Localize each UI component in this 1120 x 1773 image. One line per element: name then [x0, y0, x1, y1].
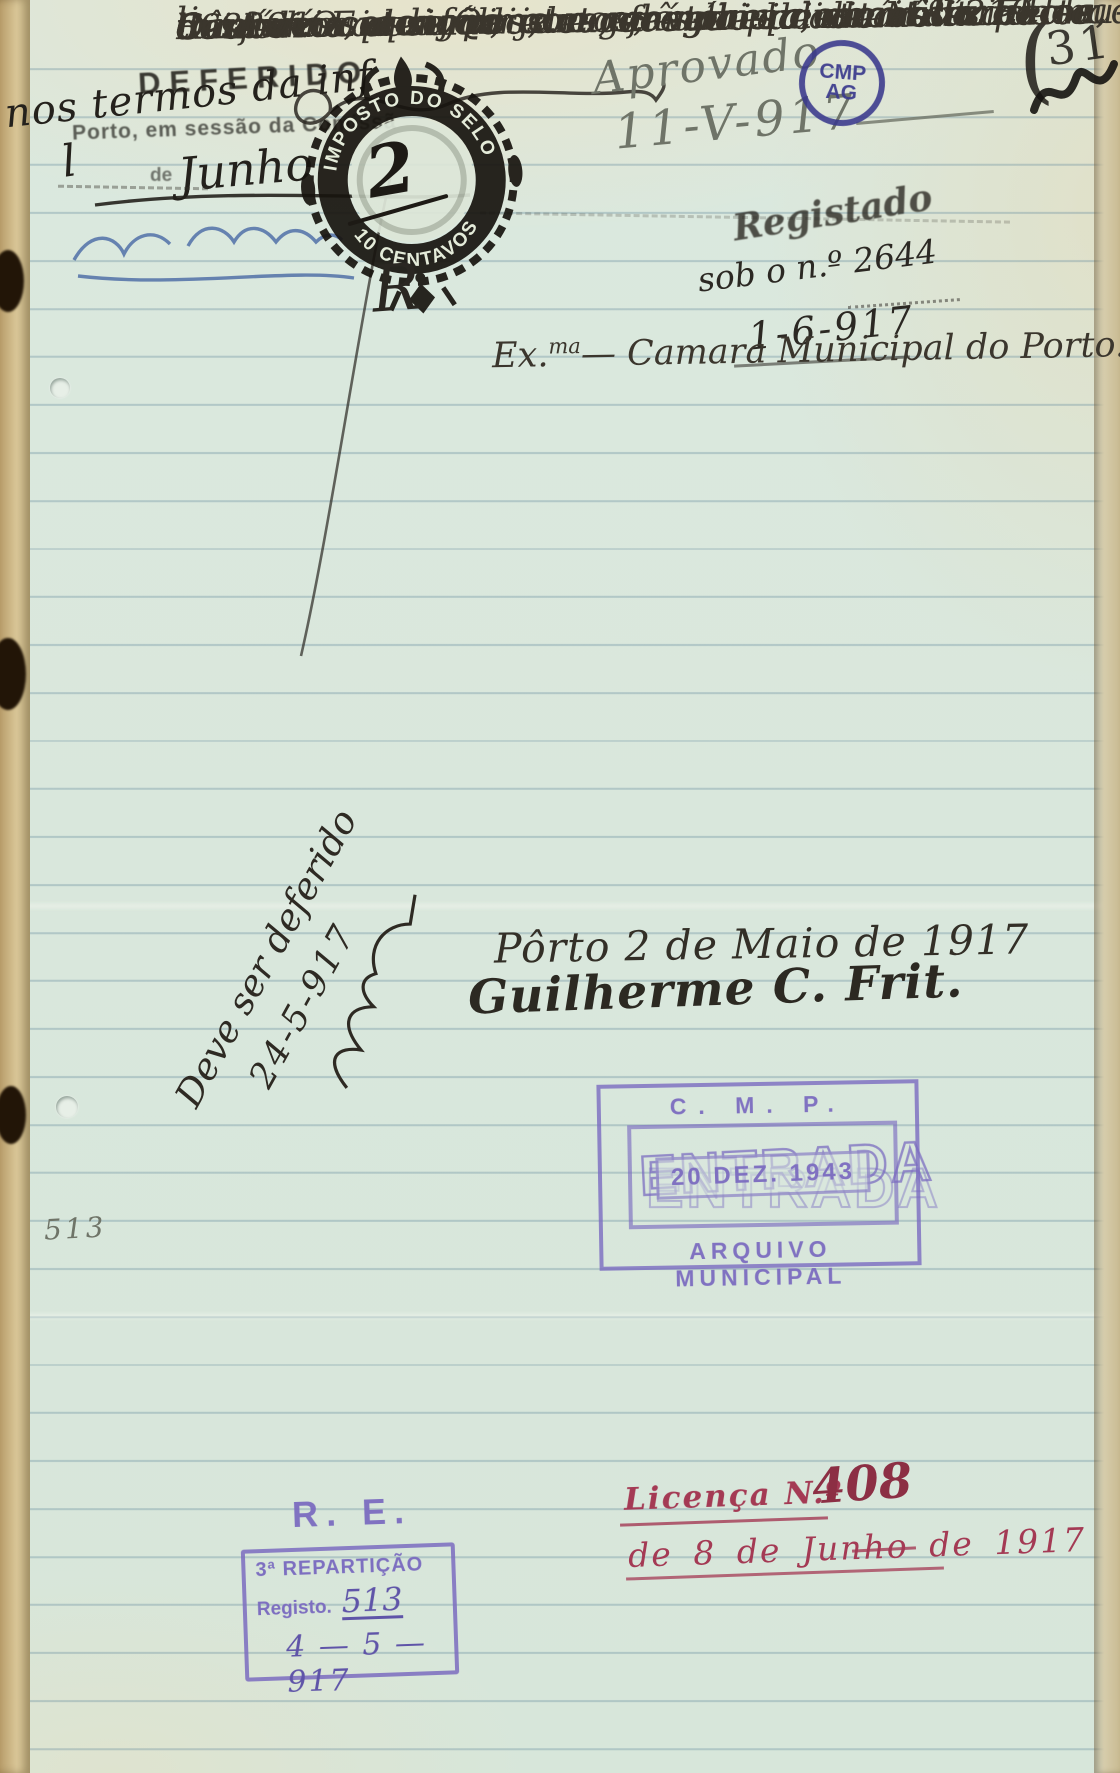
salutation-rest: Camara Municipal do Porto:	[616, 325, 1120, 374]
cmp-ag-line2: AG	[825, 82, 858, 104]
registry-date: 4 — 5 — 917	[286, 1625, 446, 1700]
license-label: Licença N.º	[623, 1474, 843, 1518]
salutation-prefix: Ex.	[492, 335, 549, 376]
license-date-line: de 8 de Junho de 1917	[627, 1520, 1086, 1575]
approval-date-dash	[856, 110, 994, 125]
re-stamp: R. E.	[291, 1490, 412, 1536]
punch-hole	[56, 1096, 78, 1118]
handwriting-r-mark: R	[369, 250, 422, 327]
deferido-stamp-de: de	[150, 165, 172, 187]
punch-hole	[50, 378, 70, 398]
registry-department: 3ª REPARTIÇÃO	[255, 1553, 442, 1582]
registration-number-line: sob o n.º 2644	[696, 231, 939, 299]
reparticao-registry-stamp: 3ª REPARTIÇÃO Registo. 513 4 — 5 — 917	[241, 1542, 459, 1681]
license-number: 408	[810, 1453, 914, 1516]
page-right-edge	[1094, 0, 1120, 1773]
registry-number: 513	[341, 1583, 403, 1620]
letter-body-line: licença.	[176, 0, 322, 41]
archive-stamp-footer: ARQUIVO MUNICIPAL	[603, 1234, 918, 1293]
margin-pencil-number: 513	[43, 1210, 107, 1246]
document-page: DEFERIDO Porto, em sessão da Comissã de …	[0, 0, 1120, 1773]
fold-crease	[0, 1314, 1120, 1318]
letter-salutation: Ex.ma— Camara Municipal do Porto:	[492, 324, 1120, 376]
registry-label: Registo.	[256, 1597, 332, 1622]
archive-stamp-header: C. M. P.	[601, 1089, 915, 1121]
archive-stamp-date: 20 DEZ. 1943	[655, 1150, 870, 1199]
salutation-superscript: ma	[548, 334, 581, 359]
archive-stamp-inner-box: ENTRADA ENTRADA 20 DEZ. 1943	[627, 1121, 899, 1230]
license-underline-1	[620, 1516, 828, 1526]
archive-entrada-stamp: C. M. P. ENTRADA ENTRADA 20 DEZ. 1943 AR…	[596, 1079, 921, 1271]
